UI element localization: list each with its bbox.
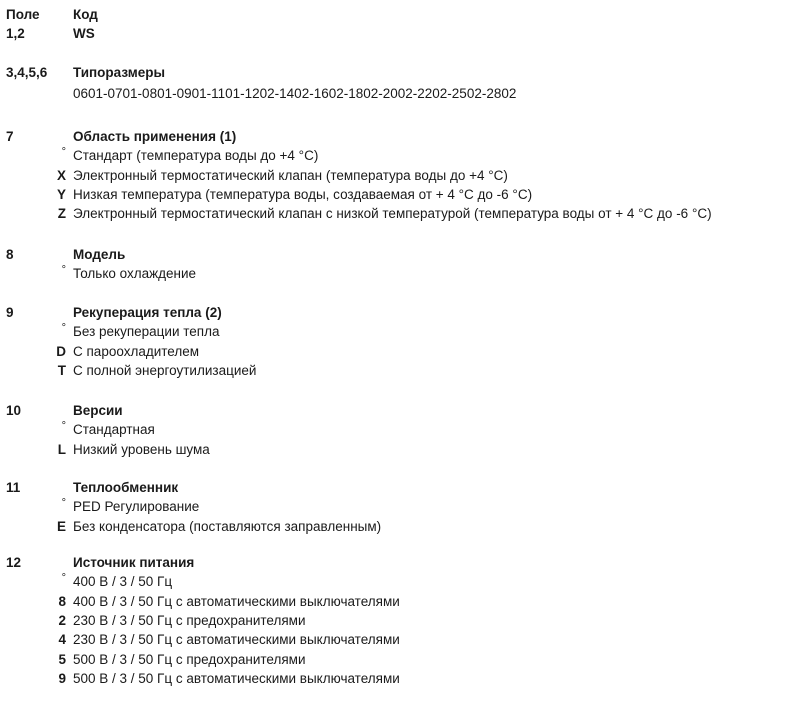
option-text: Стандартная <box>73 420 155 439</box>
option-code: ° <box>0 143 66 162</box>
option-text: Стандарт (температура воды до +4 °C) <box>73 146 318 165</box>
option-code: 2 <box>0 611 66 630</box>
option-code: 8 <box>0 592 66 611</box>
option-code: Z <box>0 204 66 223</box>
option-text: Только охлаждение <box>73 264 196 283</box>
option-text: PED Регулирование <box>73 497 199 516</box>
option-text: Без рекуперации тепла <box>73 322 219 341</box>
section-title: Версии <box>73 401 123 420</box>
option-code: ° <box>0 569 66 588</box>
option-text: С полной энергоутилизацией <box>73 361 256 380</box>
option-text: 500 В / 3 / 50 Гц с предохранителями <box>73 650 305 669</box>
section-title: Модель <box>73 245 125 264</box>
option-text: Электронный термостатический клапан с ни… <box>73 204 712 223</box>
option-text: Низкая температура (температура воды, со… <box>73 185 532 204</box>
option-code: ° <box>0 494 66 513</box>
section-title: Источник питания <box>73 553 194 572</box>
option-code: D <box>0 342 66 361</box>
field-header: Поле <box>6 5 40 24</box>
option-code: T <box>0 361 66 380</box>
option-text: Низкий уровень шума <box>73 440 210 459</box>
code-header: Код <box>73 5 98 24</box>
option-code: X <box>0 166 66 185</box>
option-code: ° <box>0 261 66 280</box>
option-text: 230 В / 3 / 50 Гц с предохранителями <box>73 611 305 630</box>
option-text: С пароохладителем <box>73 342 199 361</box>
section-title: Типоразмеры <box>73 63 165 82</box>
option-text: 500 В / 3 / 50 Гц с автоматическими выкл… <box>73 669 400 688</box>
option-code: 4 <box>0 630 66 649</box>
option-text: 230 В / 3 / 50 Гц с автоматическими выкл… <box>73 630 400 649</box>
option-code: Y <box>0 185 66 204</box>
section-title: Область применения (1) <box>73 127 236 146</box>
option-text: 400 В / 3 / 50 Гц <box>73 572 172 591</box>
section-title: Теплообменник <box>73 478 178 497</box>
option-code: ° <box>0 417 66 436</box>
field-number: 3,4,5,6 <box>6 63 47 82</box>
option-code: L <box>0 440 66 459</box>
option-code: 5 <box>0 650 66 669</box>
option-code: E <box>0 517 66 536</box>
section-title: WS <box>73 24 95 43</box>
option-text: Электронный термостатический клапан (тем… <box>73 166 508 185</box>
field-number: 1,2 <box>6 24 25 43</box>
option-code: ° <box>0 319 66 338</box>
section-title: Рекуперация тепла (2) <box>73 303 222 322</box>
option-text: Без конденсатора (поставляются заправлен… <box>73 517 381 536</box>
option-text: 400 В / 3 / 50 Гц с автоматическими выкл… <box>73 592 400 611</box>
option-text: 0601-0701-0801-0901-1101-1202-1402-1602-… <box>73 84 516 103</box>
option-code: 9 <box>0 669 66 688</box>
